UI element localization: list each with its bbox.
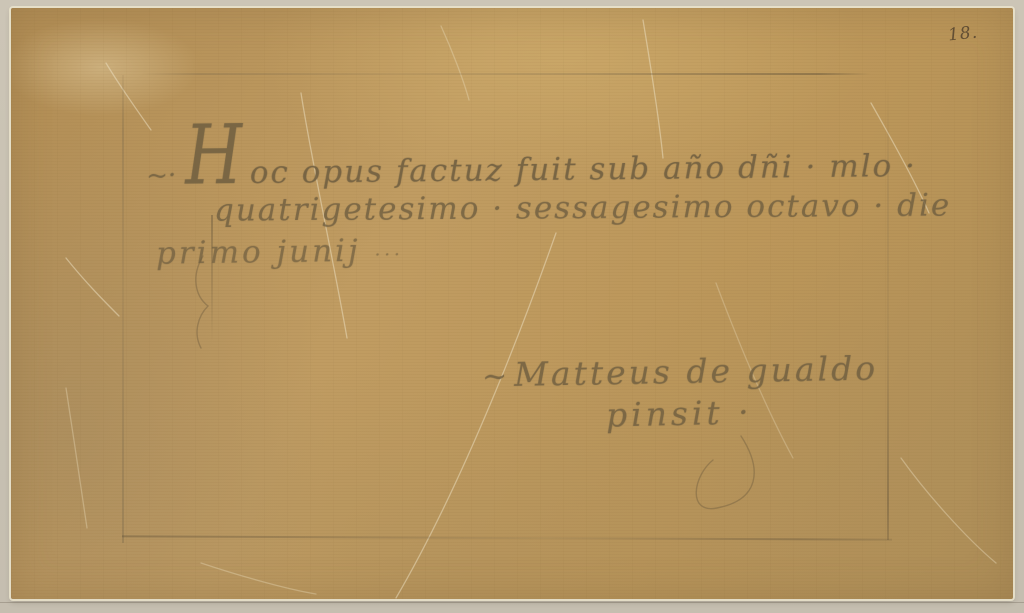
signature-line-2: pinsit · (606, 392, 753, 434)
line3-flourish: ··· (374, 244, 403, 265)
inscription-line-3: primo junij··· (156, 232, 404, 271)
inscription-line-1: ~· H oc opus factuz fuit sub año dñi · m… (146, 114, 917, 192)
signature-flourish: ~ (482, 359, 511, 394)
scanned-drawing: ~· H oc opus factuz fuit sub año dñi · m… (0, 0, 1024, 613)
signature-name: Matteus de gualdo (514, 349, 879, 394)
signature-line-1: ~Matteus de gualdo (482, 349, 879, 395)
mat-edge-shadow (0, 602, 1024, 603)
line3-text: primo junij (156, 233, 361, 272)
collection-number: 18. (947, 22, 979, 45)
line1-flourish: ~· (146, 161, 176, 191)
inscription-line-2: quatrigetesimo · sessagesimo octavo · di… (214, 187, 951, 228)
line1-initial-letter: H (185, 121, 243, 191)
line1-text: oc opus factuz fuit sub año dñi · mlo · (250, 148, 918, 191)
paper-sheet (11, 8, 1013, 599)
